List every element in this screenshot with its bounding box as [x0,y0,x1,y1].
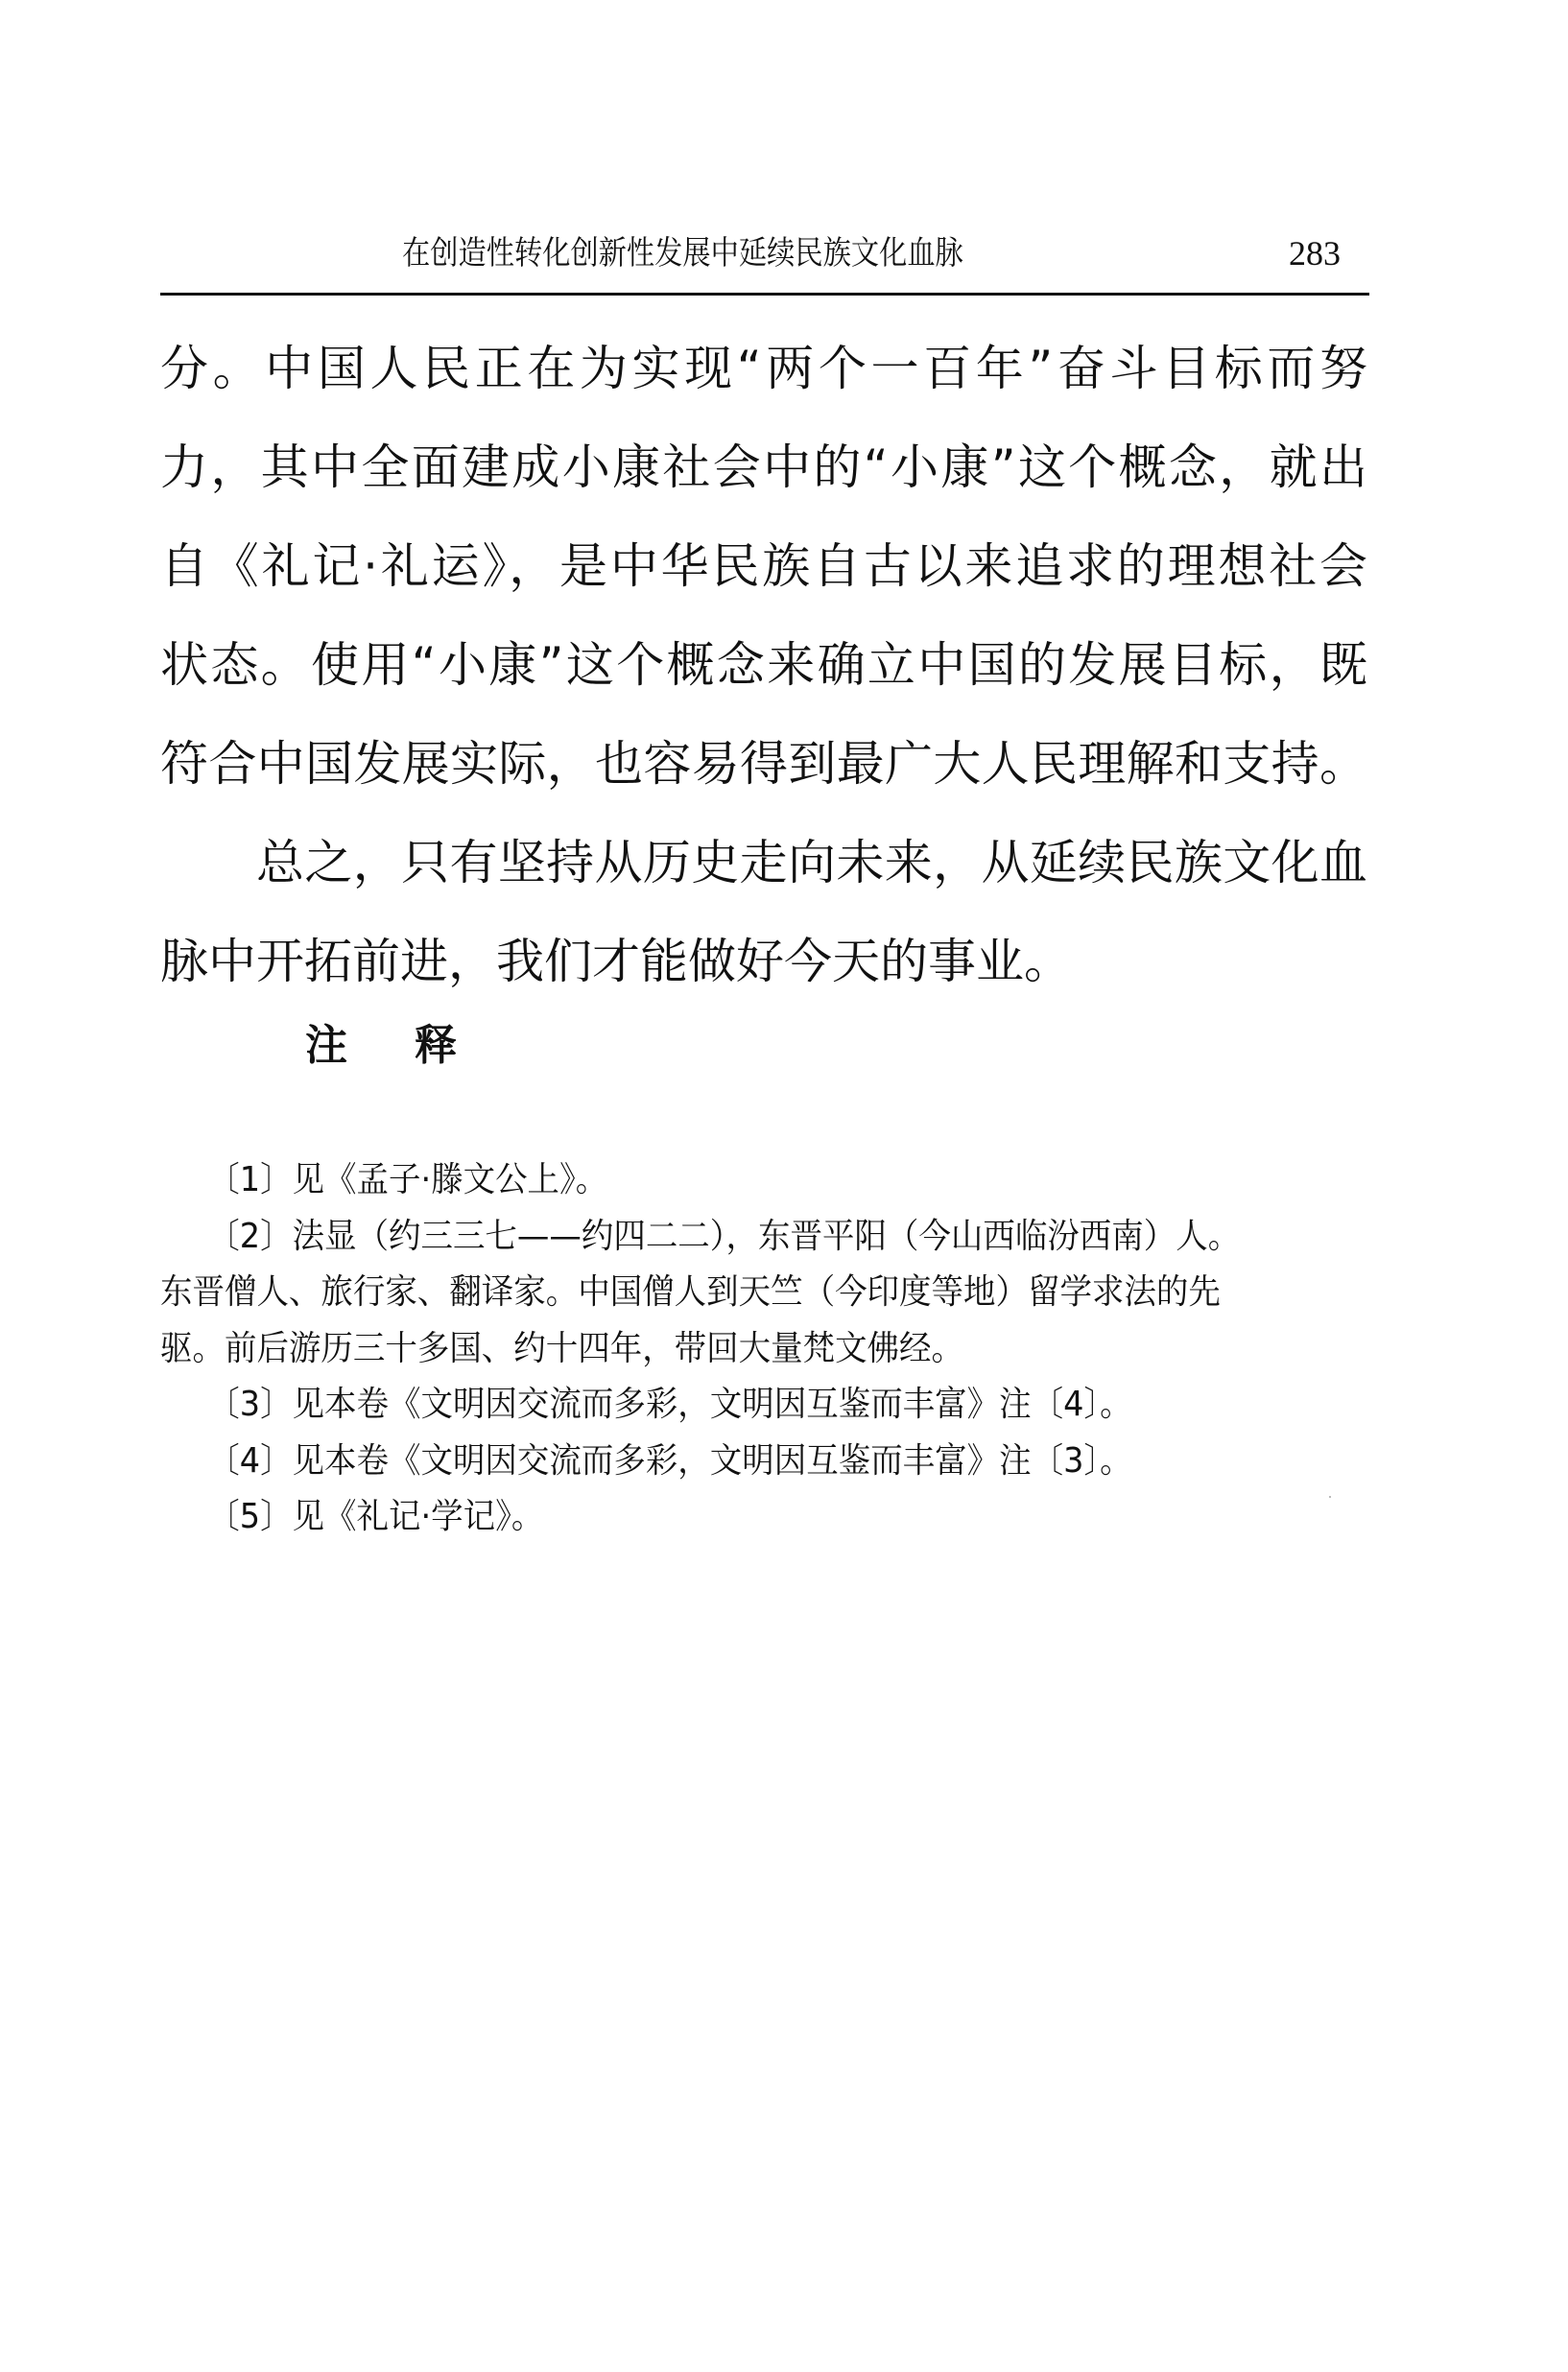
note-item-2-continued: 驱。前后游历三十多国、约十四年，带回大量梵文佛经。 [160,1325,1285,1382]
body-line: 状态。使用“小康”这个概念来确立中国的发展目标，既 [160,634,1367,733]
body-line: 分。中国人民正在为实现“两个一百年”奋斗目标而努 [160,338,1367,437]
book-page: 在创造性转化创新性发展中延续民族文化血脉 283 分。中国人民正在为实现“两个一… [0,0,1568,2372]
note-item-2-continued: 东晋僧人、旅行家、翻译家。中国僧人到天竺（今印度等地）留学求法的先 [160,1269,1285,1325]
scan-speck [351,1508,353,1510]
note-item-3: 〔3〕见本卷《文明因交流而多彩，文明因互鉴而丰富》注〔4〕。 [160,1381,1285,1437]
body-text: 分。中国人民正在为实现“两个一百年”奋斗目标而努 力，其中全面建成小康社会中的“… [160,338,1369,1030]
body-line: 自《礼记·礼运》，是中华民族自古以来追求的理想社会 [160,535,1367,634]
note-item-5: 〔5〕见《礼记·学记》。 [160,1493,1285,1550]
body-line: 脉中开拓前进，我们才能做好今天的事业。 [160,931,1367,1030]
notes-heading: 注释 [305,1017,457,1075]
note-item-1: 〔1〕见《孟子·滕文公上》。 [160,1156,1285,1213]
note-item-2: 〔2〕法显（约三三七——约四二二），东晋平阳（今山西临汾西南）人。 [160,1213,1285,1269]
notes-heading-char: 释 [415,1017,457,1075]
scan-speck [1329,1496,1331,1498]
note-item-4: 〔4〕见本卷《文明因交流而多彩，文明因互鉴而丰富》注〔3〕。 [160,1437,1285,1494]
page-number: 283 [1289,226,1341,280]
body-line: 符合中国发展实际，也容易得到最广大人民理解和支持。 [160,733,1367,832]
notes-list: 〔1〕见《孟子·滕文公上》。 〔2〕法显（约三三七——约四二二），东晋平阳（今山… [160,1156,1369,1550]
notes-heading-char: 注 [305,1017,347,1075]
running-header-title: 在创造性转化创新性发展中延续民族文化血脉 [402,226,963,280]
running-header: 在创造性转化创新性发展中延续民族文化血脉 283 [160,226,1369,280]
body-paragraph-start: 总之，只有坚持从历史走向未来，从延续民族文化血 [160,832,1367,931]
body-line: 力，其中全面建成小康社会中的“小康”这个概念，就出 [160,437,1367,535]
header-rule [160,293,1369,296]
